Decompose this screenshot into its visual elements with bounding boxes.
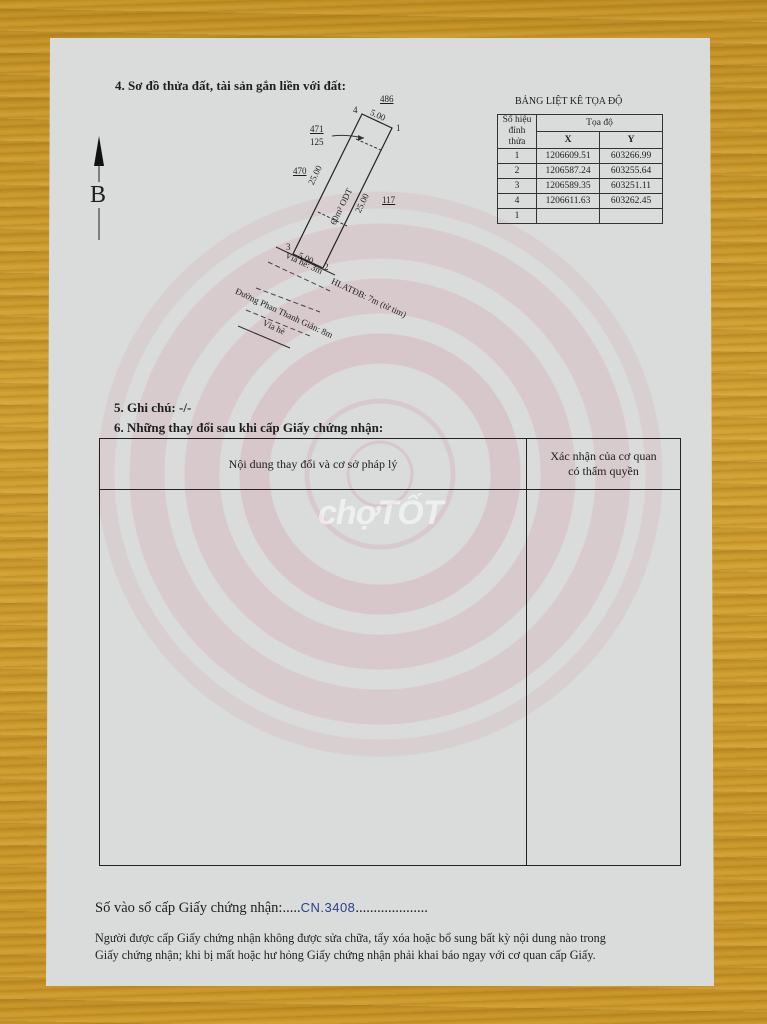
registry-label: Số vào sổ cấp Giấy chứng nhận:.....: [95, 900, 301, 916]
corner-2: 2: [324, 262, 329, 272]
header-vertex: Số hiệu đỉnh thửa: [498, 115, 537, 149]
corner-4: 4: [353, 105, 358, 115]
registry-dots: ....................: [355, 900, 428, 916]
section6-title: 6. Những thay đổi sau khi cấp Giấy chứng…: [114, 420, 383, 436]
table-row: 21206587.24603255.64: [498, 164, 663, 179]
parcel-470: 470: [293, 166, 307, 176]
changes-confirmation-cell: [527, 490, 681, 866]
header-x: X: [537, 132, 600, 149]
registry-number: CN.3408: [301, 900, 356, 915]
changes-col1-header: Nội dung thay đổi và cơ sở pháp lý: [100, 439, 527, 490]
chotot-watermark: chợTỐT: [318, 494, 443, 533]
header-y: Y: [600, 132, 663, 149]
parcel-486: 486: [380, 94, 394, 104]
parcel-117: 117: [382, 195, 395, 205]
table-row: 31206589.35603251.11: [498, 179, 663, 194]
section5-title: 5. Ghi chú: -/-: [114, 400, 191, 416]
table-row: 11206609.51603266.99: [498, 149, 663, 164]
header-coord: Tọa độ: [537, 115, 663, 132]
changes-col2-header: Xác nhận của cơ quan có thẩm quyền: [527, 439, 681, 490]
registry-number-line: Số vào sổ cấp Giấy chứng nhận:.....CN.34…: [95, 900, 428, 917]
table-row: 41206611.63603262.45: [498, 194, 663, 209]
notice-text: Người được cấp Giấy chứng nhận không đượ…: [95, 930, 606, 964]
changes-content-cell: [100, 490, 527, 866]
corner-1: 1: [396, 123, 401, 133]
parcel-125: 125: [310, 137, 324, 147]
coordinate-table: Số hiệu đỉnh thửa Tọa độ X Y 11206609.51…: [497, 114, 663, 224]
coordinate-table-title: BẢNG LIỆT KÊ TỌA ĐỘ: [515, 96, 622, 107]
parcel-471: 471: [310, 124, 324, 134]
table-row: 1: [498, 209, 663, 224]
